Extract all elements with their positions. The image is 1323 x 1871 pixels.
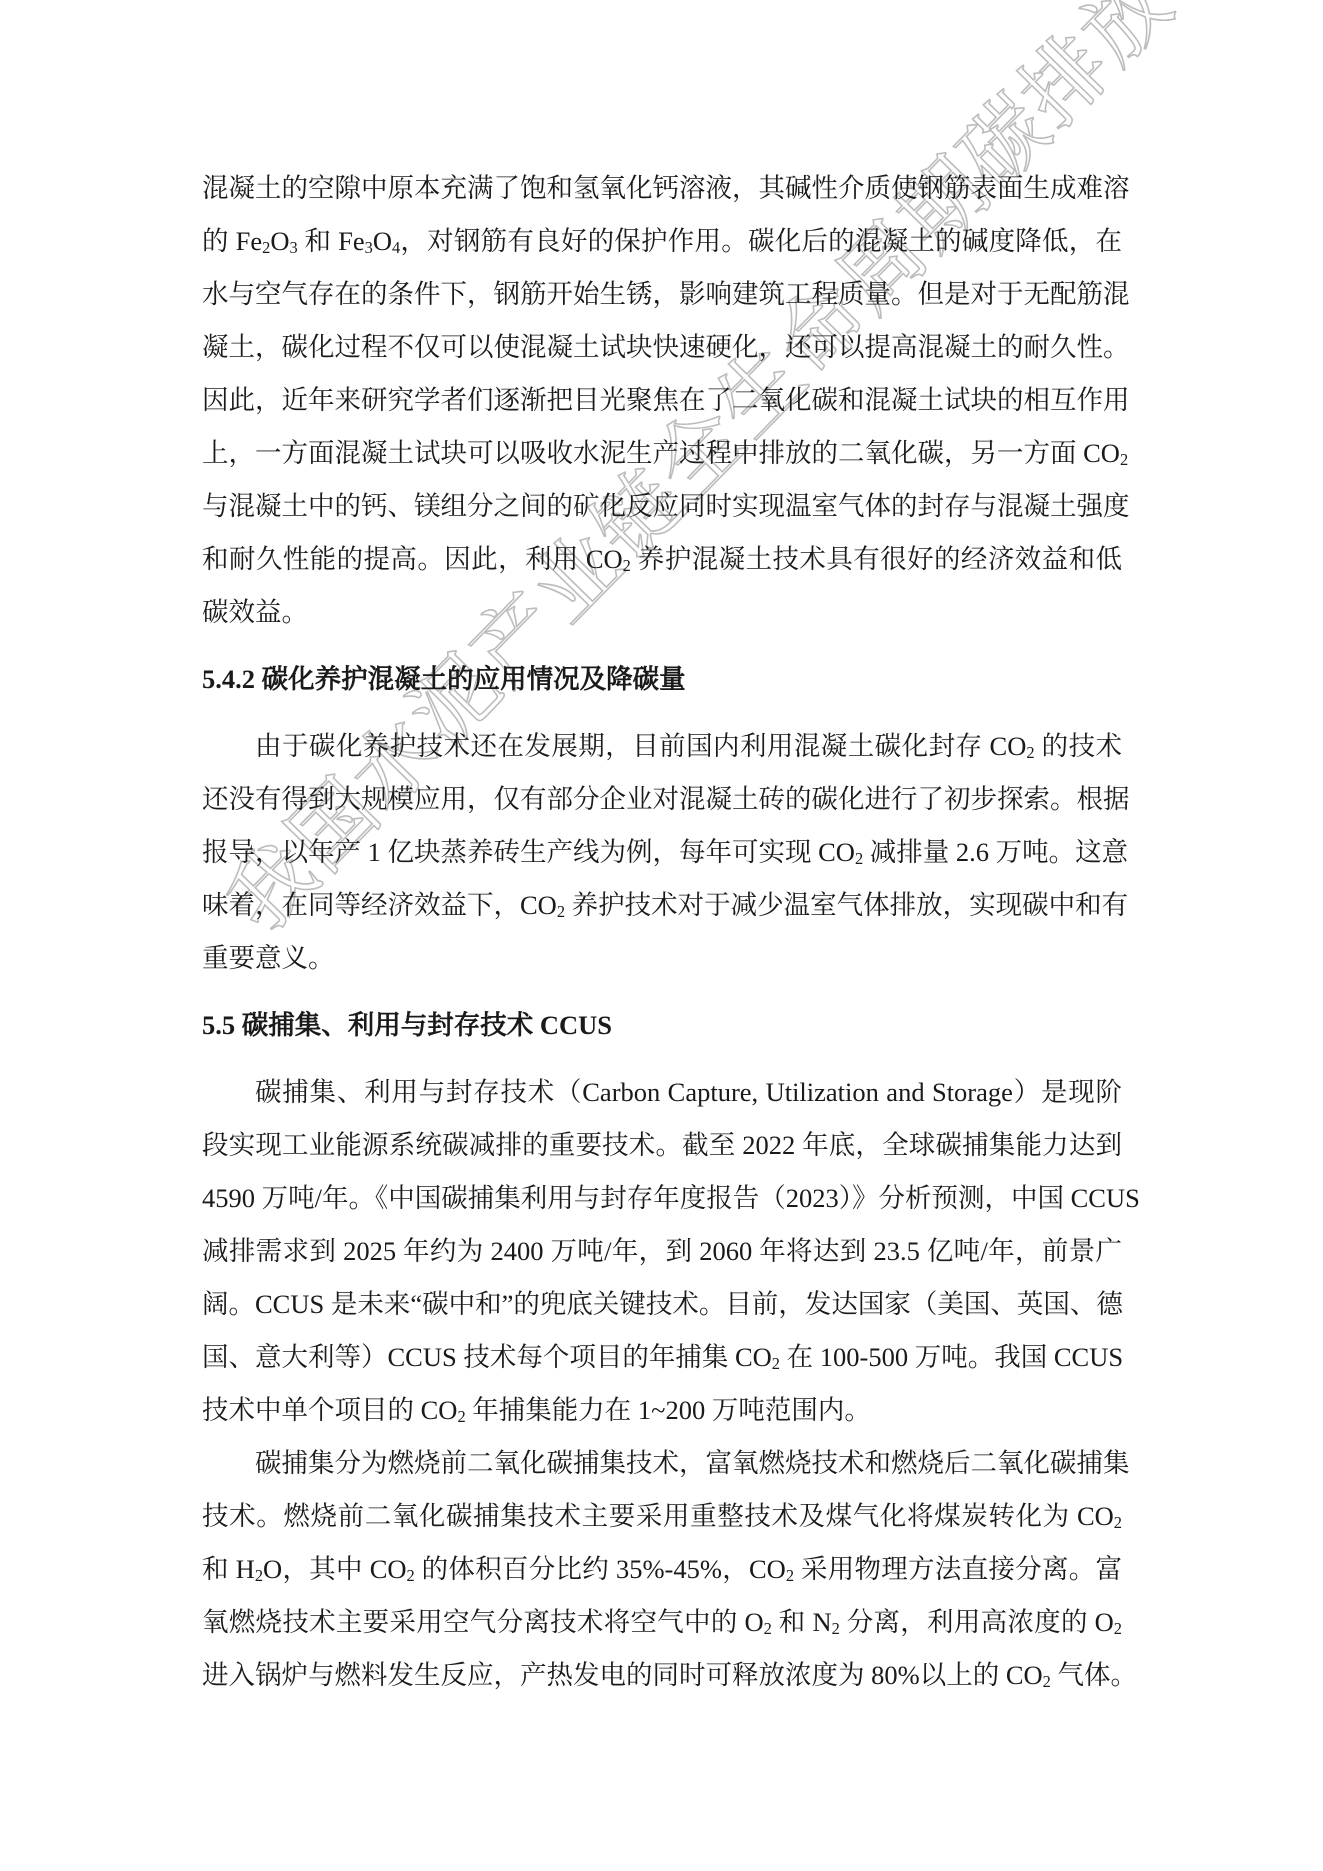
- paragraph-concrete-carbonation: 混凝土的空隙中原本充满了饱和氢氧化钙溶液，其碱性介质使钢筋表面生成难溶 的 Fe…: [202, 168, 1122, 645]
- text-line: 因此，近年来研究学者们逐渐把目光聚焦在了二氧化碳和混凝土试块的相互作用: [202, 380, 1122, 433]
- subscript: 2: [457, 1407, 465, 1426]
- text-line: 碳捕集分为燃烧前二氧化碳捕集技术，富氧燃烧技术和燃烧后二氧化碳捕集: [202, 1443, 1122, 1496]
- text-line: 进入锅炉与燃料发生反应，产热发电的同时可释放浓度为 80%以上的 CO2 气体。: [202, 1655, 1122, 1708]
- subscript: 2: [786, 1566, 794, 1585]
- text-line: 段实现工业能源系统碳减排的重要技术。截至 2022 年底，全球碳捕集能力达到: [202, 1125, 1122, 1178]
- text-line: 4590 万吨/年。《中国碳捕集利用与封存年度报告（2023）》分析预测，中国 …: [202, 1178, 1122, 1231]
- text-line: 由于碳化养护技术还在发展期，目前国内利用混凝土碳化封存 CO2 的技术: [202, 726, 1122, 779]
- text-line: 国、意大利等）CCUS 技术每个项目的年捕集 CO2 在 100-500 万吨。…: [202, 1337, 1122, 1390]
- text-line: 与混凝土中的钙、镁组分之间的矿化反应同时实现温室气体的封存与混凝土强度: [202, 486, 1122, 539]
- text-line: 和耐久性能的提高。因此，利用 CO2 养护混凝土技术具有很好的经济效益和低: [202, 539, 1122, 592]
- paragraph-ccus-capture-types: 碳捕集分为燃烧前二氧化碳捕集技术，富氧燃烧技术和燃烧后二氧化碳捕集 技术。燃烧前…: [202, 1443, 1122, 1708]
- subscript: 2: [772, 1354, 780, 1373]
- text-line: 味着，在同等经济效益下，CO2 养护技术对于减少温室气体排放，实现碳中和有: [202, 885, 1122, 938]
- subscript: 4: [392, 238, 400, 257]
- subscript: 2: [255, 1566, 263, 1585]
- text-line: 的 Fe2O3 和 Fe3O4，对钢筋有良好的保护作用。碳化后的混凝土的碱度降低…: [202, 221, 1122, 274]
- document-page: 我国水泥产业链全生命周期碳排放研究报告 混凝土的空隙中原本充满了饱和氢氧化钙溶液…: [0, 0, 1323, 1871]
- text-line: 碳捕集、利用与封存技术（Carbon Capture, Utilization …: [202, 1072, 1122, 1125]
- paragraph-carbonation-application: 由于碳化养护技术还在发展期，目前国内利用混凝土碳化封存 CO2 的技术 还没有得…: [202, 726, 1122, 991]
- text-line: 报导，以年产 1 亿块蒸养砖生产线为例，每年可实现 CO2 减排量 2.6 万吨…: [202, 832, 1122, 885]
- section-heading-5-4-2: 5.4.2 碳化养护混凝土的应用情况及降碳量: [202, 659, 1122, 712]
- subscript: 2: [832, 1619, 840, 1638]
- document-body: 混凝土的空隙中原本充满了饱和氢氧化钙溶液，其碱性介质使钢筋表面生成难溶 的 Fe…: [202, 168, 1122, 1708]
- subscript: 3: [365, 238, 373, 257]
- subscript: 2: [262, 238, 270, 257]
- text-line: 重要意义。: [202, 938, 1122, 991]
- paragraph-ccus-intro: 碳捕集、利用与封存技术（Carbon Capture, Utilization …: [202, 1072, 1122, 1443]
- subscript: 2: [1120, 450, 1128, 469]
- text-line: 还没有得到大规模应用，仅有部分企业对混凝土砖的碳化进行了初步探索。根据: [202, 779, 1122, 832]
- subscript: 2: [407, 1566, 415, 1585]
- text-line: 技术。燃烧前二氧化碳捕集技术主要采用重整技术及煤气化将煤炭转化为 CO2: [202, 1496, 1122, 1549]
- text-line: 和 H2O，其中 CO2 的体积百分比约 35%-45%，CO2 采用物理方法直…: [202, 1549, 1122, 1602]
- subscript: 2: [764, 1619, 772, 1638]
- text-line: 凝土，碳化过程不仅可以使混凝土试块快速硬化，还可以提高混凝土的耐久性。: [202, 327, 1122, 380]
- subscript: 2: [1043, 1672, 1051, 1691]
- text-line: 碳效益。: [202, 592, 1122, 645]
- subscript: 3: [289, 238, 297, 257]
- subscript: 2: [1114, 1513, 1122, 1532]
- text-line: 上，一方面混凝土试块可以吸收水泥生产过程中排放的二氧化碳，另一方面 CO2: [202, 433, 1122, 486]
- subscript: 2: [623, 556, 631, 575]
- text-line: 混凝土的空隙中原本充满了饱和氢氧化钙溶液，其碱性介质使钢筋表面生成难溶: [202, 168, 1122, 221]
- text-line: 阔。CCUS 是未来“碳中和”的兜底关键技术。目前，发达国家（美国、英国、德: [202, 1284, 1122, 1337]
- subscript: 2: [557, 902, 565, 921]
- text-line: 水与空气存在的条件下，钢筋开始生锈，影响建筑工程质量。但是对于无配筋混: [202, 274, 1122, 327]
- text-line: 氧燃烧技术主要采用空气分离技术将空气中的 O2 和 N2 分离，利用高浓度的 O…: [202, 1602, 1122, 1655]
- text-line: 减排需求到 2025 年约为 2400 万吨/年，到 2060 年将达到 23.…: [202, 1231, 1122, 1284]
- subscript: 2: [855, 849, 863, 868]
- subscript: 2: [1026, 743, 1034, 762]
- subscript: 2: [1114, 1619, 1122, 1638]
- text-line: 技术中单个项目的 CO2 年捕集能力在 1~200 万吨范围内。: [202, 1390, 1122, 1443]
- section-heading-5-5: 5.5 碳捕集、利用与封存技术 CCUS: [202, 1005, 1122, 1058]
